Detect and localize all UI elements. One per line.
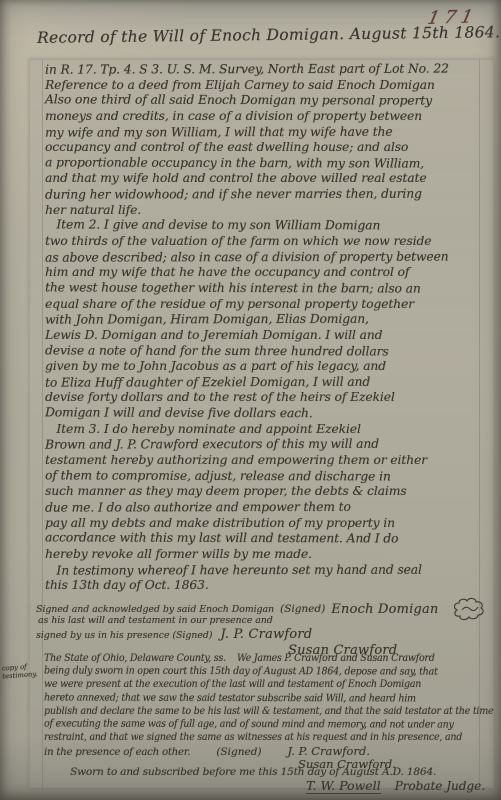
handwritten-line: given by me to John Jacobus as a part of…	[45, 359, 487, 375]
handwritten-line: devise forty dollars and to the rest of …	[45, 390, 487, 406]
sworn-statement: Sworn to and subscribed before me this 1…	[70, 766, 436, 778]
testator-signature: Enoch Domigan	[331, 602, 438, 617]
handwritten-line: restraint, and that we signed the same a…	[44, 731, 496, 744]
handwritten-line: being duly sworn in open court this 15th…	[44, 665, 496, 679]
handwritten-line: in R. 17. Tp. 4. S 3. U. S. M. Survey, N…	[45, 61, 487, 78]
handwritten-line: to Eliza Huff daughter of Ezekiel Domiga…	[45, 374, 487, 391]
handwritten-line: devise a note of hand for the sum three …	[45, 343, 487, 360]
attestation-clause: Signed and acknowledged by said Enoch Do…	[36, 604, 274, 615]
handwritten-line: this 13th day of Oct. 1863.	[45, 578, 487, 594]
scanned-ledger-page: 171 Record of the Will of Enoch Domigan.…	[0, 0, 501, 800]
signed-label: (Signed)	[216, 746, 261, 758]
signed-label: (Signed)	[280, 603, 325, 615]
handwritten-line: we were present at the execution of the …	[44, 678, 496, 691]
handwritten-line: a proportionable occupancy in the barn, …	[45, 155, 487, 172]
handwritten-line: of them to compromise, adjust, release a…	[45, 468, 487, 485]
handwritten-line: of executing the same was of full age, a…	[44, 717, 496, 731]
handwritten-line: him and my wife that he have the occupan…	[45, 265, 487, 281]
attestation-clause: as his last will and testament in our pr…	[38, 615, 273, 626]
handwritten-line: my wife and my son William, I will that …	[45, 124, 487, 141]
margin-note: copy of testimony.	[2, 663, 45, 681]
handwritten-line: Reference to a deed from Elijah Carney t…	[45, 78, 487, 94]
handwritten-line: due me. I do also authorize and empower …	[45, 499, 487, 516]
handwritten-line: occupancy and control of the east dwelli…	[45, 140, 487, 156]
handwritten-line: hereby revoke all former wills by me mad…	[45, 547, 487, 563]
handwritten-line: The State of Ohio, Delaware County, ss. …	[44, 652, 496, 665]
handwritten-line: Domigan I will and devise five dollars e…	[45, 405, 487, 422]
handwritten-line: with John Domigan, Hiram Domigan, Elias …	[45, 312, 487, 329]
attestation-row-3: signed by us in his presence (Signed) J.…	[36, 627, 312, 642]
judge-title: Probate Judge.	[395, 779, 485, 793]
probate-signature-row: in the presence of each other. (Signed) …	[44, 744, 370, 758]
handwritten-line: Brown and J. P. Crawford executors of th…	[45, 437, 487, 454]
handwritten-line: Item 3. I do hereby nominate and appoint…	[45, 422, 487, 438]
judge-signature: T. W. Powell	[306, 778, 381, 794]
handwritten-line: such manner as they may deem proper, the…	[45, 484, 487, 500]
handwritten-line: equal share of the residue of my persona…	[45, 297, 487, 313]
will-body-text: in R. 17. Tp. 4. S 3. U. S. M. Survey, N…	[45, 62, 487, 594]
handwritten-line: Lewis D. Domigan and to Jeremiah Domigan…	[45, 328, 487, 344]
handwritten-line: moneys and credits, in case of a divisio…	[45, 109, 487, 125]
handwritten-line: publish and declare the same to be his l…	[44, 705, 496, 718]
handwritten-line: the west house together with his interes…	[45, 280, 487, 297]
handwritten-line: pay all my debts and make distribution o…	[45, 516, 487, 532]
handwritten-line: during her widowhood; and if she never m…	[45, 187, 487, 204]
margin-rule-left	[42, 60, 43, 790]
probate-testimony: The State of Ohio, Delaware County, ss. …	[44, 652, 496, 744]
seal-icon	[451, 596, 487, 622]
handwritten-line: two thirds of the valuation of the farm …	[45, 234, 487, 250]
handwritten-line: hereto annexed; that we saw the said tes…	[44, 691, 496, 705]
judge-signature-row: T. W. Powell Probate Judge.	[306, 778, 485, 794]
handwritten-line: testament hereby authorizing and empower…	[45, 453, 487, 469]
handwritten-line: her natural life.	[45, 203, 487, 219]
handwritten-line: and that my wife hold and control the ab…	[45, 171, 487, 187]
handwritten-line: Also one third of all said Enoch Domigan…	[45, 93, 487, 110]
attestation-clause: signed by us in his presence (Signed)	[36, 630, 212, 641]
probate-clause: in the presence of each other.	[44, 747, 190, 758]
handwritten-line: accordance with this my last will and te…	[45, 531, 487, 548]
witness-signature: J. P. Crawford	[220, 627, 312, 642]
handwritten-line: as above described; also in case of a di…	[45, 249, 487, 266]
handwritten-line: Item 2. I give and devise to my son Will…	[45, 218, 487, 235]
handwritten-line: In testimony whereof I have hereunto set…	[45, 562, 487, 579]
witness-signature: J. P. Crawford.	[287, 744, 369, 758]
